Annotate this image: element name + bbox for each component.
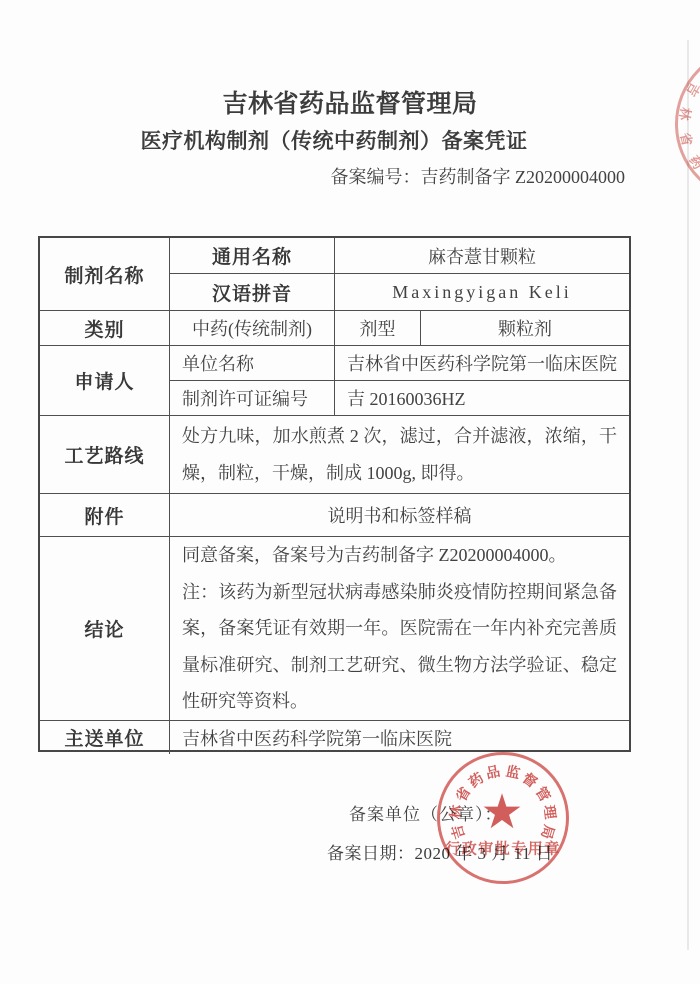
license-number-value: 吉 20160036HZ: [335, 381, 629, 416]
unit-name-label: 单位名称: [170, 346, 335, 381]
generic-name-label: 通用名称: [170, 238, 335, 274]
conclusion-line: 性研究等资料。: [182, 683, 617, 720]
filing-number-label: 备案编号：: [331, 167, 421, 187]
page-subtitle: 医疗机构制剂（传统中药制剂）备案凭证: [0, 125, 684, 155]
filing-date-value: 2020 年 3 月 11 日: [415, 844, 554, 863]
pinyin-label: 汉语拼音: [170, 274, 335, 311]
row-label-category: 类别: [40, 311, 170, 346]
filing-number-value: 吉药制备字 Z20200004000: [421, 167, 626, 187]
conclusion-line: 案，备案凭证有效期一年。医院需在一年内补充完善质: [182, 610, 617, 647]
recipient-value: 吉林省中医药科学院第一临床医院: [170, 721, 629, 754]
filing-number-line: 备案编号：吉药制备字 Z20200004000: [331, 163, 626, 189]
row-label-recipient: 主送单位: [40, 721, 170, 754]
unit-name-value: 吉林省中医药科学院第一临床医院: [335, 346, 629, 381]
filing-table: 制剂名称 通用名称 麻杏薏甘颗粒 汉语拼音 Maxingyigan Keli 类…: [38, 236, 631, 752]
row-label-conclusion: 结论: [40, 537, 170, 721]
pinyin-value: Maxingyigan Keli: [335, 274, 629, 311]
seal-ring-char: 理: [539, 804, 561, 820]
conclusion-line: 注：该药为新型冠状病毒感染肺炎疫情防控期间紧急备: [182, 574, 617, 611]
dosage-form-value: 颗粒剂: [421, 311, 629, 346]
conclusion-content: 同意备案，备案号为吉药制备字 Z20200004000。 注：该药为新型冠状病毒…: [170, 537, 629, 721]
filing-date-label: 备案日期：: [327, 844, 415, 863]
seal-ring-char: 监: [504, 761, 522, 783]
filing-date-line: 备案日期：2020 年 3 月 11 日: [327, 839, 553, 864]
seal-ring-char: 药: [464, 768, 487, 792]
process-line: 处方九味，加水煎煮 2 次，滤过，合并滤液，浓缩，干: [182, 418, 617, 455]
row-label-preparation-name: 制剂名称: [40, 238, 170, 311]
seal-unit-line: 备案单位（公章）：: [349, 800, 503, 825]
generic-name-value: 麻杏薏甘颗粒: [335, 238, 629, 274]
row-label-attachment: 附件: [40, 494, 170, 537]
license-number-label: 制剂许可证编号: [170, 381, 335, 416]
process-line: 燥，制粒，干燥，制成 1000g, 即得。: [182, 455, 617, 492]
dosage-form-label: 剂型: [335, 311, 421, 346]
seal-ring-char: 品: [484, 761, 502, 783]
seal-ring-char: 督: [519, 768, 542, 792]
process-content: 处方九味，加水煎煮 2 次，滤过，合并滤液，浓缩，干 燥，制粒，干燥，制成 10…: [170, 416, 629, 494]
scan-edge-line: [687, 40, 689, 950]
seal-ring-char: 管: [531, 783, 555, 805]
row-label-process: 工艺路线: [40, 416, 170, 494]
conclusion-line: 量标准研究、制剂工艺研究、微生物方法学验证、稳定: [182, 647, 617, 684]
row-label-applicant: 申请人: [40, 346, 170, 416]
attachment-value: 说明书和标签样稿: [170, 494, 629, 537]
category-value: 中药(传统制剂): [170, 311, 335, 346]
page-title: 吉林省药品监督管理局: [0, 84, 700, 120]
conclusion-line: 同意备案，备案号为吉药制备字 Z20200004000。: [182, 537, 617, 574]
